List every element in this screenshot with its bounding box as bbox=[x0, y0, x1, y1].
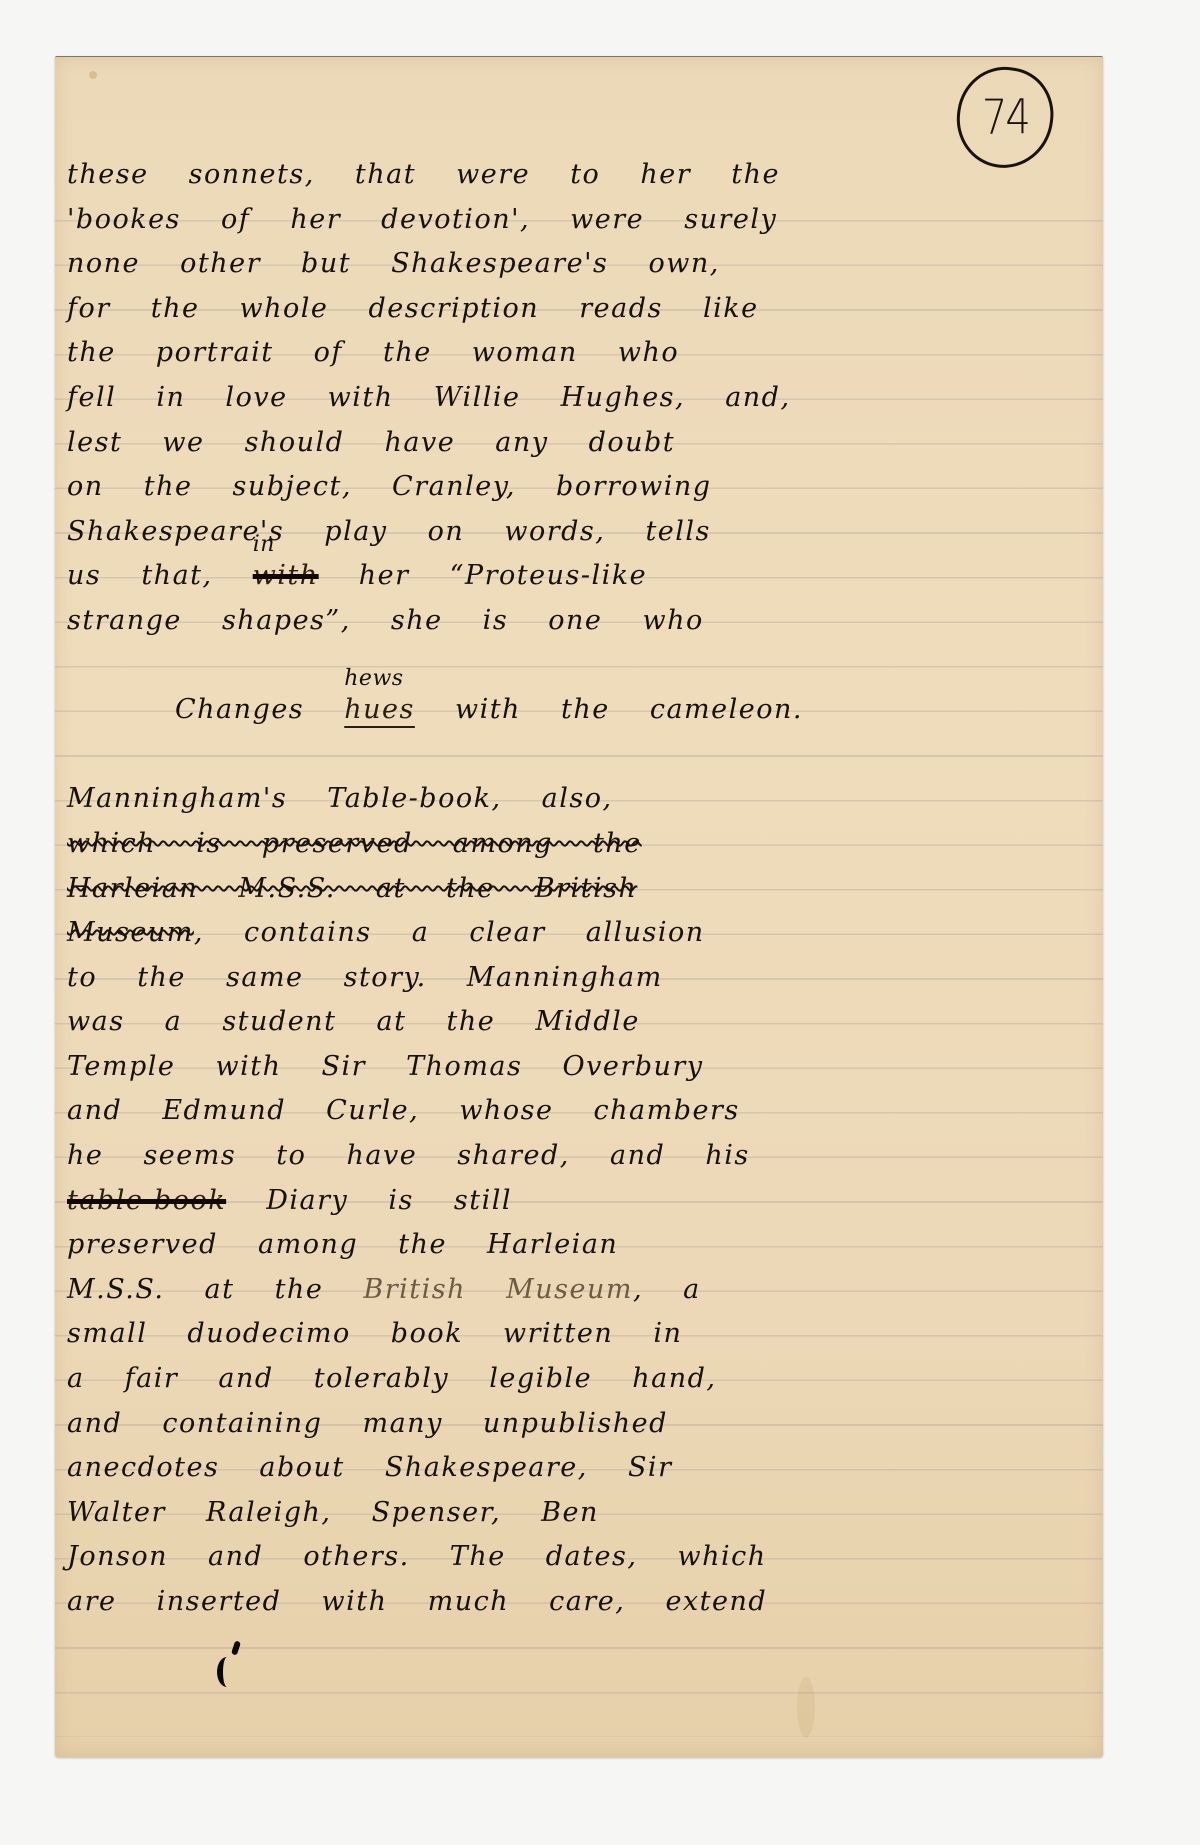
text-segment: fell in love with Willie Hughes, and, bbox=[67, 382, 791, 413]
manuscript-line: Shakespeare's play on words, tells bbox=[55, 510, 1103, 555]
text-segment: Temple with Sir Thomas Overbury bbox=[67, 1051, 704, 1082]
manuscript-line: strange shapes”, she is one who bbox=[55, 599, 1103, 644]
manuscript-line: these sonnets, that were to her the bbox=[55, 153, 1103, 198]
manuscript-line: Walter Raleigh, Spenser, Ben bbox=[55, 1491, 1103, 1536]
manuscript-line: and Edmund Curle, whose chambers bbox=[55, 1089, 1103, 1134]
text-segment: none other but Shakespeare's own, bbox=[67, 248, 720, 279]
wavy-deleted-text: Harleian M.S.S. at the British bbox=[67, 873, 637, 904]
faint-ink-text: British Museum bbox=[363, 1274, 633, 1305]
manuscript-line: Temple with Sir Thomas Overbury bbox=[55, 1045, 1103, 1090]
wavy-deleted-text: Museum bbox=[67, 917, 194, 948]
text-segment: Jonson and others. The dates, which bbox=[67, 1541, 767, 1572]
text-segment: a fair and tolerably legible hand, bbox=[67, 1363, 716, 1394]
text-segment: on the subject, Cranley, borrowing bbox=[67, 471, 712, 502]
wavy-deleted-text: which is preserved among the bbox=[67, 828, 642, 859]
text-segment: was a student at the Middle bbox=[67, 1006, 640, 1037]
text-segment: for the whole description reads like bbox=[67, 293, 759, 324]
text-segment: 'bookes of her devotion', were surely bbox=[67, 204, 777, 235]
manuscript-line: which is preserved among the bbox=[55, 822, 1103, 867]
manuscript-line: Manningham's Table-book, also, bbox=[55, 777, 1103, 822]
text-segment: and containing many unpublished bbox=[67, 1408, 668, 1439]
text-segment: Manningham's Table-book, also, bbox=[67, 783, 613, 814]
ink-blot-mark bbox=[217, 1657, 237, 1687]
manuscript-line: the portrait of the woman who bbox=[55, 331, 1103, 376]
manuscript-line: Jonson and others. The dates, which bbox=[55, 1535, 1103, 1580]
text-segment: anecdotes about Shakespeare, Sir bbox=[67, 1452, 672, 1483]
struck-out-text: within bbox=[253, 560, 319, 591]
paper-stain bbox=[797, 1677, 815, 1737]
manuscript-line: us that, within her “Proteus-like bbox=[55, 554, 1103, 599]
struck-out-text: hueshews bbox=[344, 694, 415, 725]
text-segment: these sonnets, that were to her the bbox=[67, 159, 780, 190]
text-segment: , a bbox=[633, 1274, 701, 1305]
manuscript-line: M.S.S. at the British Museum, a bbox=[55, 1268, 1103, 1313]
ink-spot bbox=[89, 71, 97, 79]
interlinear-insertion: hews bbox=[344, 668, 403, 690]
manuscript-text: these sonnets, that were to her the'book… bbox=[55, 153, 1103, 1625]
manuscript-line: Changes hueshews with the cameleon. bbox=[55, 688, 1103, 733]
manuscript-line: fell in love with Willie Hughes, and, bbox=[55, 376, 1103, 421]
manuscript-line: for the whole description reads like bbox=[55, 287, 1103, 332]
manuscript-line: 'bookes of her devotion', were surely bbox=[55, 198, 1103, 243]
text-segment: her “Proteus-like bbox=[319, 560, 647, 591]
manuscript-line: none other but Shakespeare's own, bbox=[55, 242, 1103, 287]
folio-number: 74 bbox=[982, 90, 1029, 145]
manuscript-line: he seems to have shared, and his bbox=[55, 1134, 1103, 1179]
text-segment: and Edmund Curle, whose chambers bbox=[67, 1095, 740, 1126]
text-segment: with the cameleon. bbox=[415, 694, 803, 725]
text-segment: he seems to have shared, and his bbox=[67, 1140, 750, 1171]
text-segment: are inserted with much care, extend bbox=[67, 1586, 767, 1617]
text-segment: Walter Raleigh, Spenser, Ben bbox=[67, 1497, 599, 1528]
text-segment: Shakespeare's play on words, tells bbox=[67, 516, 711, 547]
manuscript-line: table-book Diary is still bbox=[55, 1179, 1103, 1224]
manuscript-page: 74 these sonnets, that were to her the'b… bbox=[55, 56, 1103, 1757]
manuscript-line: small duodecimo book written in bbox=[55, 1312, 1103, 1357]
text-segment: Changes bbox=[175, 694, 344, 725]
text-segment: to the same story. Manningham bbox=[67, 962, 663, 993]
manuscript-line: are inserted with much care, extend bbox=[55, 1580, 1103, 1625]
text-segment: us that, bbox=[67, 560, 253, 591]
manuscript-line: was a student at the Middle bbox=[55, 1000, 1103, 1045]
struck-out-text: table-book bbox=[67, 1185, 226, 1216]
text-segment: M.S.S. at the bbox=[67, 1274, 363, 1305]
manuscript-line: on the subject, Cranley, borrowing bbox=[55, 465, 1103, 510]
text-segment: strange shapes”, she is one who bbox=[67, 605, 704, 636]
text-segment: the portrait of the woman who bbox=[67, 337, 679, 368]
manuscript-line: Harleian M.S.S. at the British bbox=[55, 867, 1103, 912]
manuscript-line: Museum, contains a clear allusion bbox=[55, 911, 1103, 956]
manuscript-line: anecdotes about Shakespeare, Sir bbox=[55, 1446, 1103, 1491]
manuscript-line: preserved among the Harleian bbox=[55, 1223, 1103, 1268]
text-segment: Diary is still bbox=[226, 1185, 512, 1216]
manuscript-line: lest we should have any doubt bbox=[55, 421, 1103, 466]
manuscript-line: to the same story. Manningham bbox=[55, 956, 1103, 1001]
interlinear-insertion: in bbox=[253, 534, 275, 556]
blank-line bbox=[55, 644, 1103, 689]
text-segment: , contains a clear allusion bbox=[194, 917, 705, 948]
text-segment: small duodecimo book written in bbox=[67, 1318, 682, 1349]
blank-line bbox=[55, 733, 1103, 778]
manuscript-line: and containing many unpublished bbox=[55, 1402, 1103, 1447]
ink-blot-mark-small bbox=[231, 1640, 241, 1655]
text-segment: preserved among the Harleian bbox=[67, 1229, 618, 1260]
manuscript-line: a fair and tolerably legible hand, bbox=[55, 1357, 1103, 1402]
text-segment: lest we should have any doubt bbox=[67, 427, 675, 458]
